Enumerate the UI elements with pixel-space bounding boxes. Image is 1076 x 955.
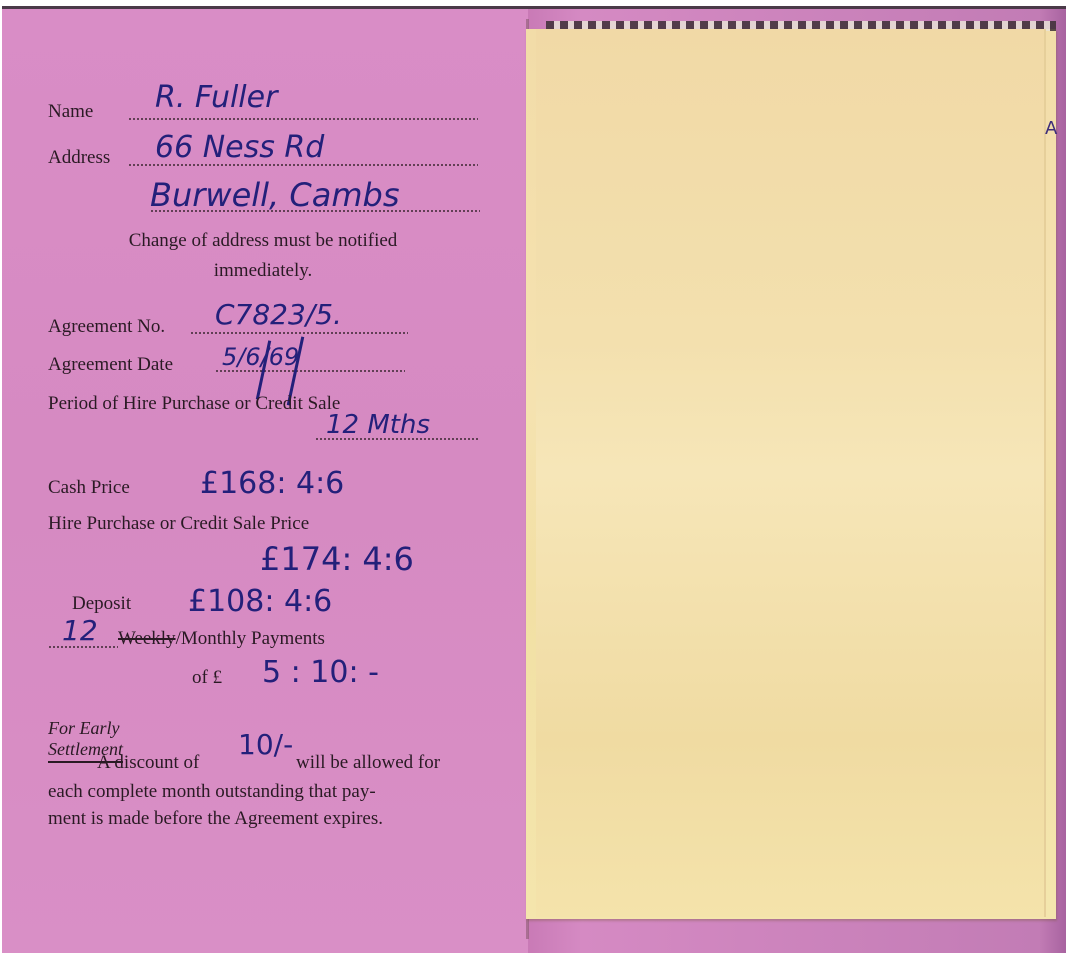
hp-price-label: Hire Purchase or Credit Sale Price xyxy=(48,513,309,535)
weekly-struck-label: Weekly xyxy=(118,628,176,649)
name-label: Name xyxy=(48,101,93,123)
deposit-value: £108: 4:6 xyxy=(188,584,332,619)
discount-value: 10/- xyxy=(238,728,293,761)
payment-slips-stack[interactable] xyxy=(526,29,1056,919)
discount-text-pre: A discount of xyxy=(97,752,199,774)
agreement-date-label: Agreement Date xyxy=(48,354,173,376)
deposit-label: Deposit xyxy=(72,593,131,615)
discount-text-line3: ment is made before the Agreement expire… xyxy=(48,808,383,830)
payment-amount-label: of £ xyxy=(192,667,222,689)
payments-count: 12 xyxy=(62,614,98,647)
agreement-no-label: Agreement No. xyxy=(48,316,165,338)
name-dotted-line xyxy=(128,118,478,120)
payment-amount-value: 5 : 10: - xyxy=(262,655,379,690)
address-line-2: Burwell, Cambs xyxy=(150,176,399,214)
address-change-notice-1: Change of address must be notified xyxy=(48,230,478,252)
agreement-date-value: 5/6/69 xyxy=(222,343,299,371)
hp-price-value: £174: 4:6 xyxy=(260,540,414,578)
name-value: R. Fuller xyxy=(155,80,277,115)
monthly-payments-label: Monthly Payments xyxy=(181,628,325,649)
discount-text-line2: each complete month outstanding that pay… xyxy=(48,781,376,803)
address-change-notice-2: immediately. xyxy=(48,260,478,282)
address-line-1: 66 Ness Rd xyxy=(155,130,324,165)
discount-text-post: will be allowed for xyxy=(296,752,440,774)
period-value: 12 Mths xyxy=(326,410,430,440)
payments-frequency: Weekly/Monthly Payments xyxy=(118,628,325,650)
cash-price-value: £168: 4:6 xyxy=(200,466,344,501)
margin-mark: A xyxy=(1045,118,1057,139)
cash-price-label: Cash Price xyxy=(48,477,130,499)
address-label: Address xyxy=(48,147,110,169)
period-label: Period of Hire Purchase or Credit Sale xyxy=(48,393,340,415)
agreement-no-dotted-line xyxy=(190,332,408,334)
top-payment-slip[interactable] xyxy=(536,29,1046,917)
agreement-no-value: C7823/5. xyxy=(215,298,342,331)
